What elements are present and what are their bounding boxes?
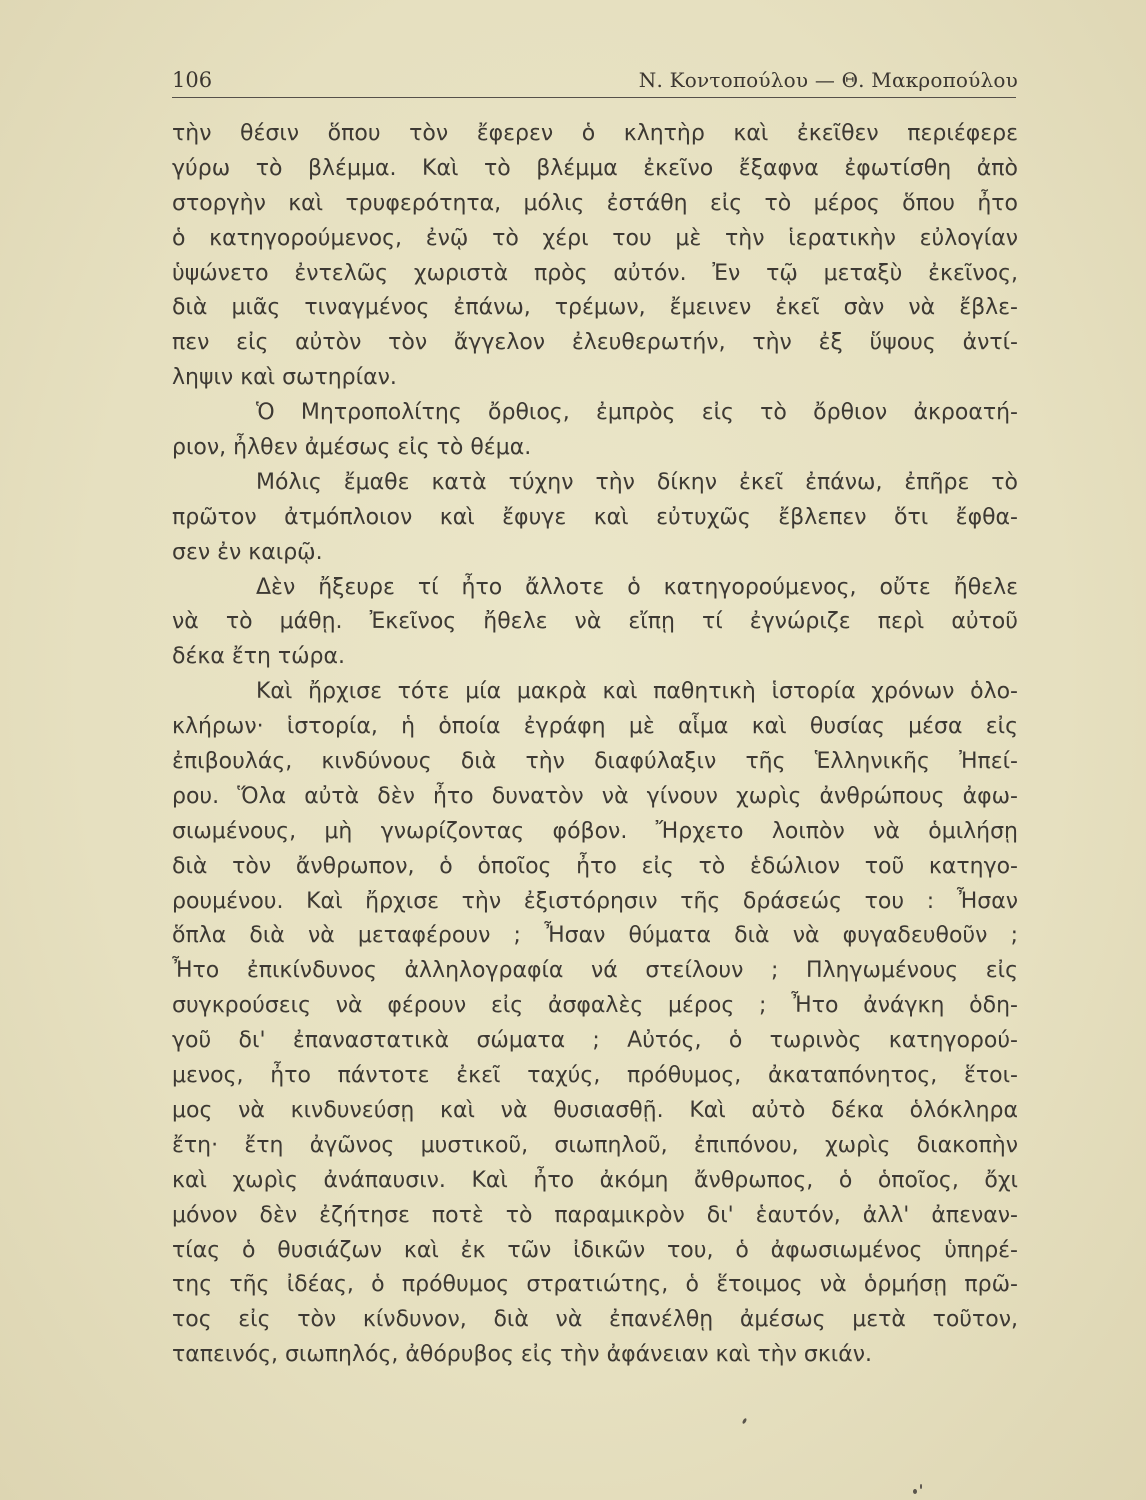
text-line: ὁ κατηγορούμενος, ἐνῷ τὸ χέρι του μὲ τὴν… [172,222,1018,257]
running-head-authors: Ν. Κοντοπούλου — Θ. Μακροπούλου [639,68,1018,92]
header-rule [172,97,1016,98]
text-line: Ὁ Μητροπολίτης ὄρθιος, ἐμπρὸς εἰς τὸ ὄρθ… [172,396,1018,431]
text-line: διὰ τὸν ἄνθρωπον, ὁ ὁποῖος ἦτο εἰς τὸ ἑδ… [172,850,1018,885]
text-line: ἐπιβουλάς, κινδύνους διὰ τὴν διαφύλαξιν … [172,745,1018,780]
text-line: γύρω τὸ βλέμμα. Καὶ τὸ βλέμμα ἐκεῖνο ἔξα… [172,152,1018,187]
text-line: στοργὴν καὶ τρυφερότητα, μόλις ἐστάθη εἰ… [172,187,1018,222]
text-line: ὑψώνετο ἐντελῶς χωριστὰ πρὸς αὐτόν. Ἐν τ… [172,257,1018,292]
paper-speck [913,1489,917,1494]
text-line: Μόλις ἔμαθε κατὰ τύχην τὴν δίκην ἐκεῖ ἐπ… [172,466,1018,501]
text-line: τος εἰς τὸν κίνδυνον, διὰ νὰ ἐπανέλθῃ ἀμ… [172,1303,1018,1338]
text-line: ριον, ἦλθεν ἀμέσως εἰς τὸ θέμα. [172,431,1018,466]
text-line: συγκρούσεις νὰ φέρουν εἰς ἀσφαλὲς μέρος … [172,989,1018,1024]
paper-speck [742,1418,748,1425]
text-line: δέκα ἔτη τώρα. [172,640,1018,675]
text-line: ταπεινός, σιωπηλός, ἀθόρυβος εἰς τὴν ἀφά… [172,1338,1018,1373]
text-line: Ἦτο ἐπικίνδυνος ἀλληλογραφία νά στείλουν… [172,954,1018,989]
text-line: καὶ χωρὶς ἀνάπαυσιν. Καὶ ἦτο ἀκόμη ἄνθρω… [172,1164,1018,1199]
paper-speck [920,1484,922,1489]
text-line: πεν εἰς αὐτὸν τὸν ἄγγελον ἐλευθερωτήν, τ… [172,326,1018,361]
text-line: ρου. Ὅλα αὐτὰ δὲν ἦτο δυνατὸν νὰ γίνουν … [172,780,1018,815]
text-line: πρῶτον ἀτμόπλοιον καὶ ἔφυγε καὶ εὐτυχῶς … [172,501,1018,536]
text-line: ἔτη· ἔτη ἀγῶνος μυστικοῦ, σιωπηλοῦ, ἐπιπ… [172,1129,1018,1164]
page-header: 106 Ν. Κοντοπούλου — Θ. Μακροπούλου [172,64,1018,108]
text-line: Καὶ ἤρχισε τότε μία μακρὰ καὶ παθητικὴ ἱ… [172,675,1018,710]
text-line: τὴν θέσιν ὅπου τὸν ἔφερεν ὁ κλητὴρ καὶ ἐ… [172,117,1018,152]
text-line: σιωμένους, μὴ γνωρίζοντας φόβον. Ἤρχετο … [172,815,1018,850]
text-line: ρουμένου. Καὶ ἤρχισε τὴν ἐξιστόρησιν τῆς… [172,885,1018,920]
text-line: Δὲν ἤξευρε τί ἦτο ἄλλοτε ὁ κατηγορούμενο… [172,571,1018,606]
text-line: της τῆς ἰδέας, ὁ πρόθυμος στρατιώτης, ὁ … [172,1268,1018,1303]
text-line: γοῦ δι' ἐπαναστατικὰ σώματα ; Αὐτός, ὁ τ… [172,1024,1018,1059]
text-line: κλήρων· ἱστορία, ἡ ὁποία ἐγράφη μὲ αἷμα … [172,710,1018,745]
text-line: διὰ μιᾶς τιναγμένος ἐπάνω, τρέμων, ἔμειν… [172,291,1018,326]
body-text: τὴν θέσιν ὅπου τὸν ἔφερεν ὁ κλητὴρ καὶ ἐ… [172,117,1018,1373]
text-line: μόνον δὲν ἐζήτησε ποτὲ τὸ παραμικρὸν δι'… [172,1199,1018,1234]
text-line: ληψιν καὶ σωτηρίαν. [172,361,1018,396]
text-line: νὰ τὸ μάθῃ. Ἐκεῖνος ἤθελε νὰ εἴπῃ τί ἐγν… [172,605,1018,640]
text-line: σεν ἐν καιρῷ. [172,536,1018,571]
text-line: μος νὰ κινδυνεύσῃ καὶ νὰ θυσιασθῇ. Καὶ α… [172,1094,1018,1129]
text-line: ὅπλα διὰ νὰ μεταφέρουν ; Ἦσαν θύματα διὰ… [172,919,1018,954]
text-line: μενος, ἦτο πάντοτε ἐκεῖ ταχύς, πρόθυμος,… [172,1059,1018,1094]
book-page: 106 Ν. Κοντοπούλου — Θ. Μακροπούλου τὴν … [0,0,1146,1500]
page-number: 106 [172,68,212,92]
text-line: τίας ὁ θυσιάζων καὶ ἐκ τῶν ἰδικῶν του, ὁ… [172,1234,1018,1269]
